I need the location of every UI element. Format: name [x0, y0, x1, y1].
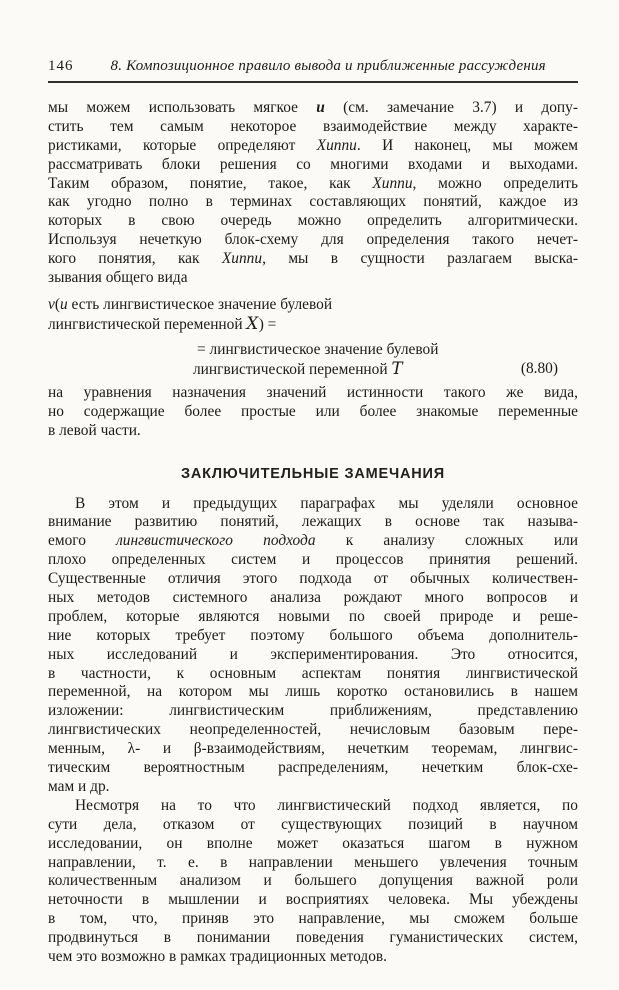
text-line: переменной, на котором мы лишь коротко о… — [48, 683, 578, 702]
text-line: = лингвистическое значение булевой — [48, 340, 578, 360]
text-line: мы можем использовать мягкое и (см. заме… — [48, 99, 578, 118]
book-page: 146 8. Композиционное правило вывода и п… — [0, 0, 619, 990]
text-line: исследовании, он вполне может оказаться … — [48, 835, 578, 854]
text-line: мам и др. — [48, 778, 578, 797]
page-number: 146 — [48, 57, 74, 76]
text-line: ние которых требует поэтому большого объ… — [48, 627, 578, 646]
text-line: лингвистических неопределенностей, нечис… — [48, 721, 578, 740]
text-line: тическим вероятностным распределениям, н… — [48, 759, 578, 778]
text-line: Используя нечеткую блок-схему для опреде… — [48, 231, 578, 250]
text-line: количественным анализом и большего допущ… — [48, 872, 578, 891]
text-line: кого понятия, как Хиппи, мы в сущности р… — [48, 250, 578, 269]
text-line: Несмотря на то что лингвистический подхо… — [48, 797, 578, 816]
text-line: сути дела, отказом от существующих позиц… — [48, 816, 578, 835]
text-line: В этом и предыдущих параграфах мы уделял… — [48, 495, 578, 514]
text-line: стить тем самым некоторое взаимодействие… — [48, 118, 578, 137]
text-line: но содержащие более простые или более зн… — [48, 403, 578, 422]
text-blocks: мы можем использовать мягкое и (см. заме… — [48, 99, 578, 967]
text-line: продвинуться в понимании поведения гуман… — [48, 929, 578, 948]
text-line: чем это возможно в рамках традиционных м… — [48, 948, 578, 967]
text-line: емого лингвистического подхода к анализу… — [48, 532, 578, 551]
closing-remarks-heading: ЗАКЛЮЧИТЕЛЬНЫЕ ЗАМЕЧАНИЯ — [48, 466, 578, 482]
text-line: лингвистической переменной X) = — [48, 314, 578, 334]
text-line: на уравнения назначения значений истинно… — [48, 384, 578, 403]
text-line: в частности, к основным аспектам понятия… — [48, 665, 578, 684]
text-line: как угодно полно в терминах составляющих… — [48, 193, 578, 212]
formula-tail-paragraph: на уравнения назначения значений истинно… — [48, 384, 578, 441]
running-header: 146 8. Композиционное правило вывода и п… — [48, 57, 578, 83]
text-line: лингвистической переменной T(8.80) — [48, 359, 578, 379]
text-line: плохо определенных систем и процессов пр… — [48, 551, 578, 570]
equation-number: (8.80) — [521, 359, 558, 379]
text-line: ных методов системного анализа рождают м… — [48, 589, 578, 608]
chapter-title: 8. Композиционное правило вывода и прибл… — [111, 57, 546, 76]
text-line: рассматривать блоки решения со многими в… — [48, 156, 578, 175]
text-line: v(u есть лингвистическое значение булево… — [48, 295, 578, 315]
text-line: менным, λ- и β-взаимодействиям, нечетким… — [48, 740, 578, 759]
text-line: ристиками, которые определяют Хиппи. И н… — [48, 137, 578, 156]
text-line: Существенные отличия этого подхода от об… — [48, 570, 578, 589]
script-variable: X — [246, 314, 258, 333]
continuation-paragraph: мы можем использовать мягкое и (см. заме… — [48, 99, 578, 288]
script-variable: T — [391, 359, 403, 378]
text-line: направлении, т. е. в направлении меньшег… — [48, 854, 578, 873]
text-line: в левой части. — [48, 422, 578, 441]
text-line: проблем, которые являются новыми по свое… — [48, 608, 578, 627]
closing-paragraph-1: В этом и предыдущих параграфах мы уделял… — [48, 495, 578, 797]
text-line: в том, что, приняв это направление, мы с… — [48, 910, 578, 929]
text-line: которых в свою очередь можно определить … — [48, 212, 578, 231]
text-line: Таким образом, понятие, такое, как Хиппи… — [48, 175, 578, 194]
formula-block: v(u есть лингвистическое значение булево… — [48, 295, 578, 379]
closing-paragraph-2: Несмотря на то что лингвистический подхо… — [48, 797, 578, 967]
text-line: изложении: лингвистическим приближениям,… — [48, 702, 578, 721]
text-line: ных исследований и экспериментирования. … — [48, 646, 578, 665]
text-line: внимание развитию понятий, лежащих в осн… — [48, 513, 578, 532]
text-line: неточности в мышлении и восприятиях чело… — [48, 891, 578, 910]
text-line: зывания общего вида — [48, 269, 578, 288]
